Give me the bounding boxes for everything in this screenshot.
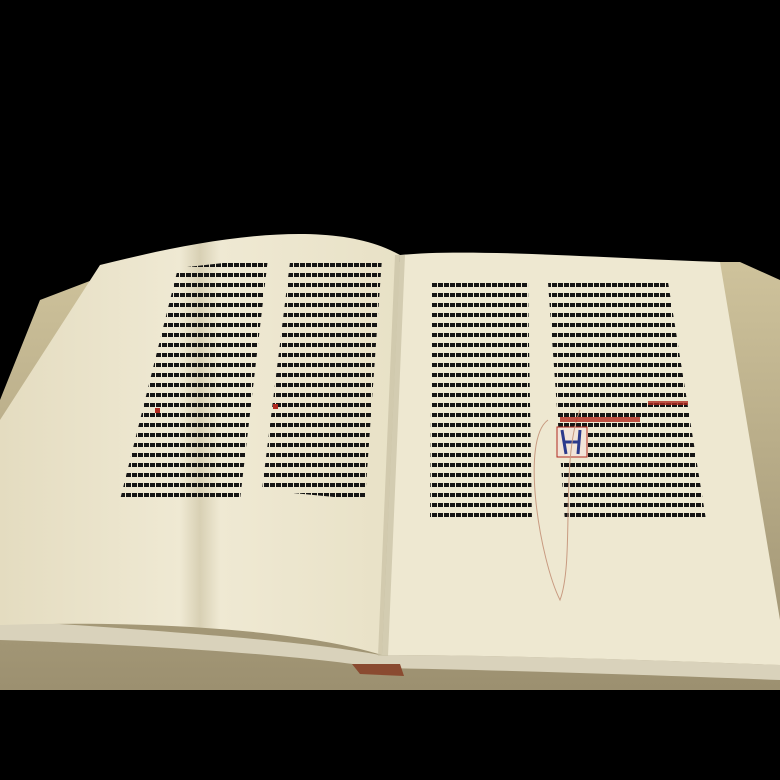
open-book-illustration <box>0 0 780 780</box>
rubric-line <box>560 417 640 422</box>
book-photo <box>0 0 780 780</box>
